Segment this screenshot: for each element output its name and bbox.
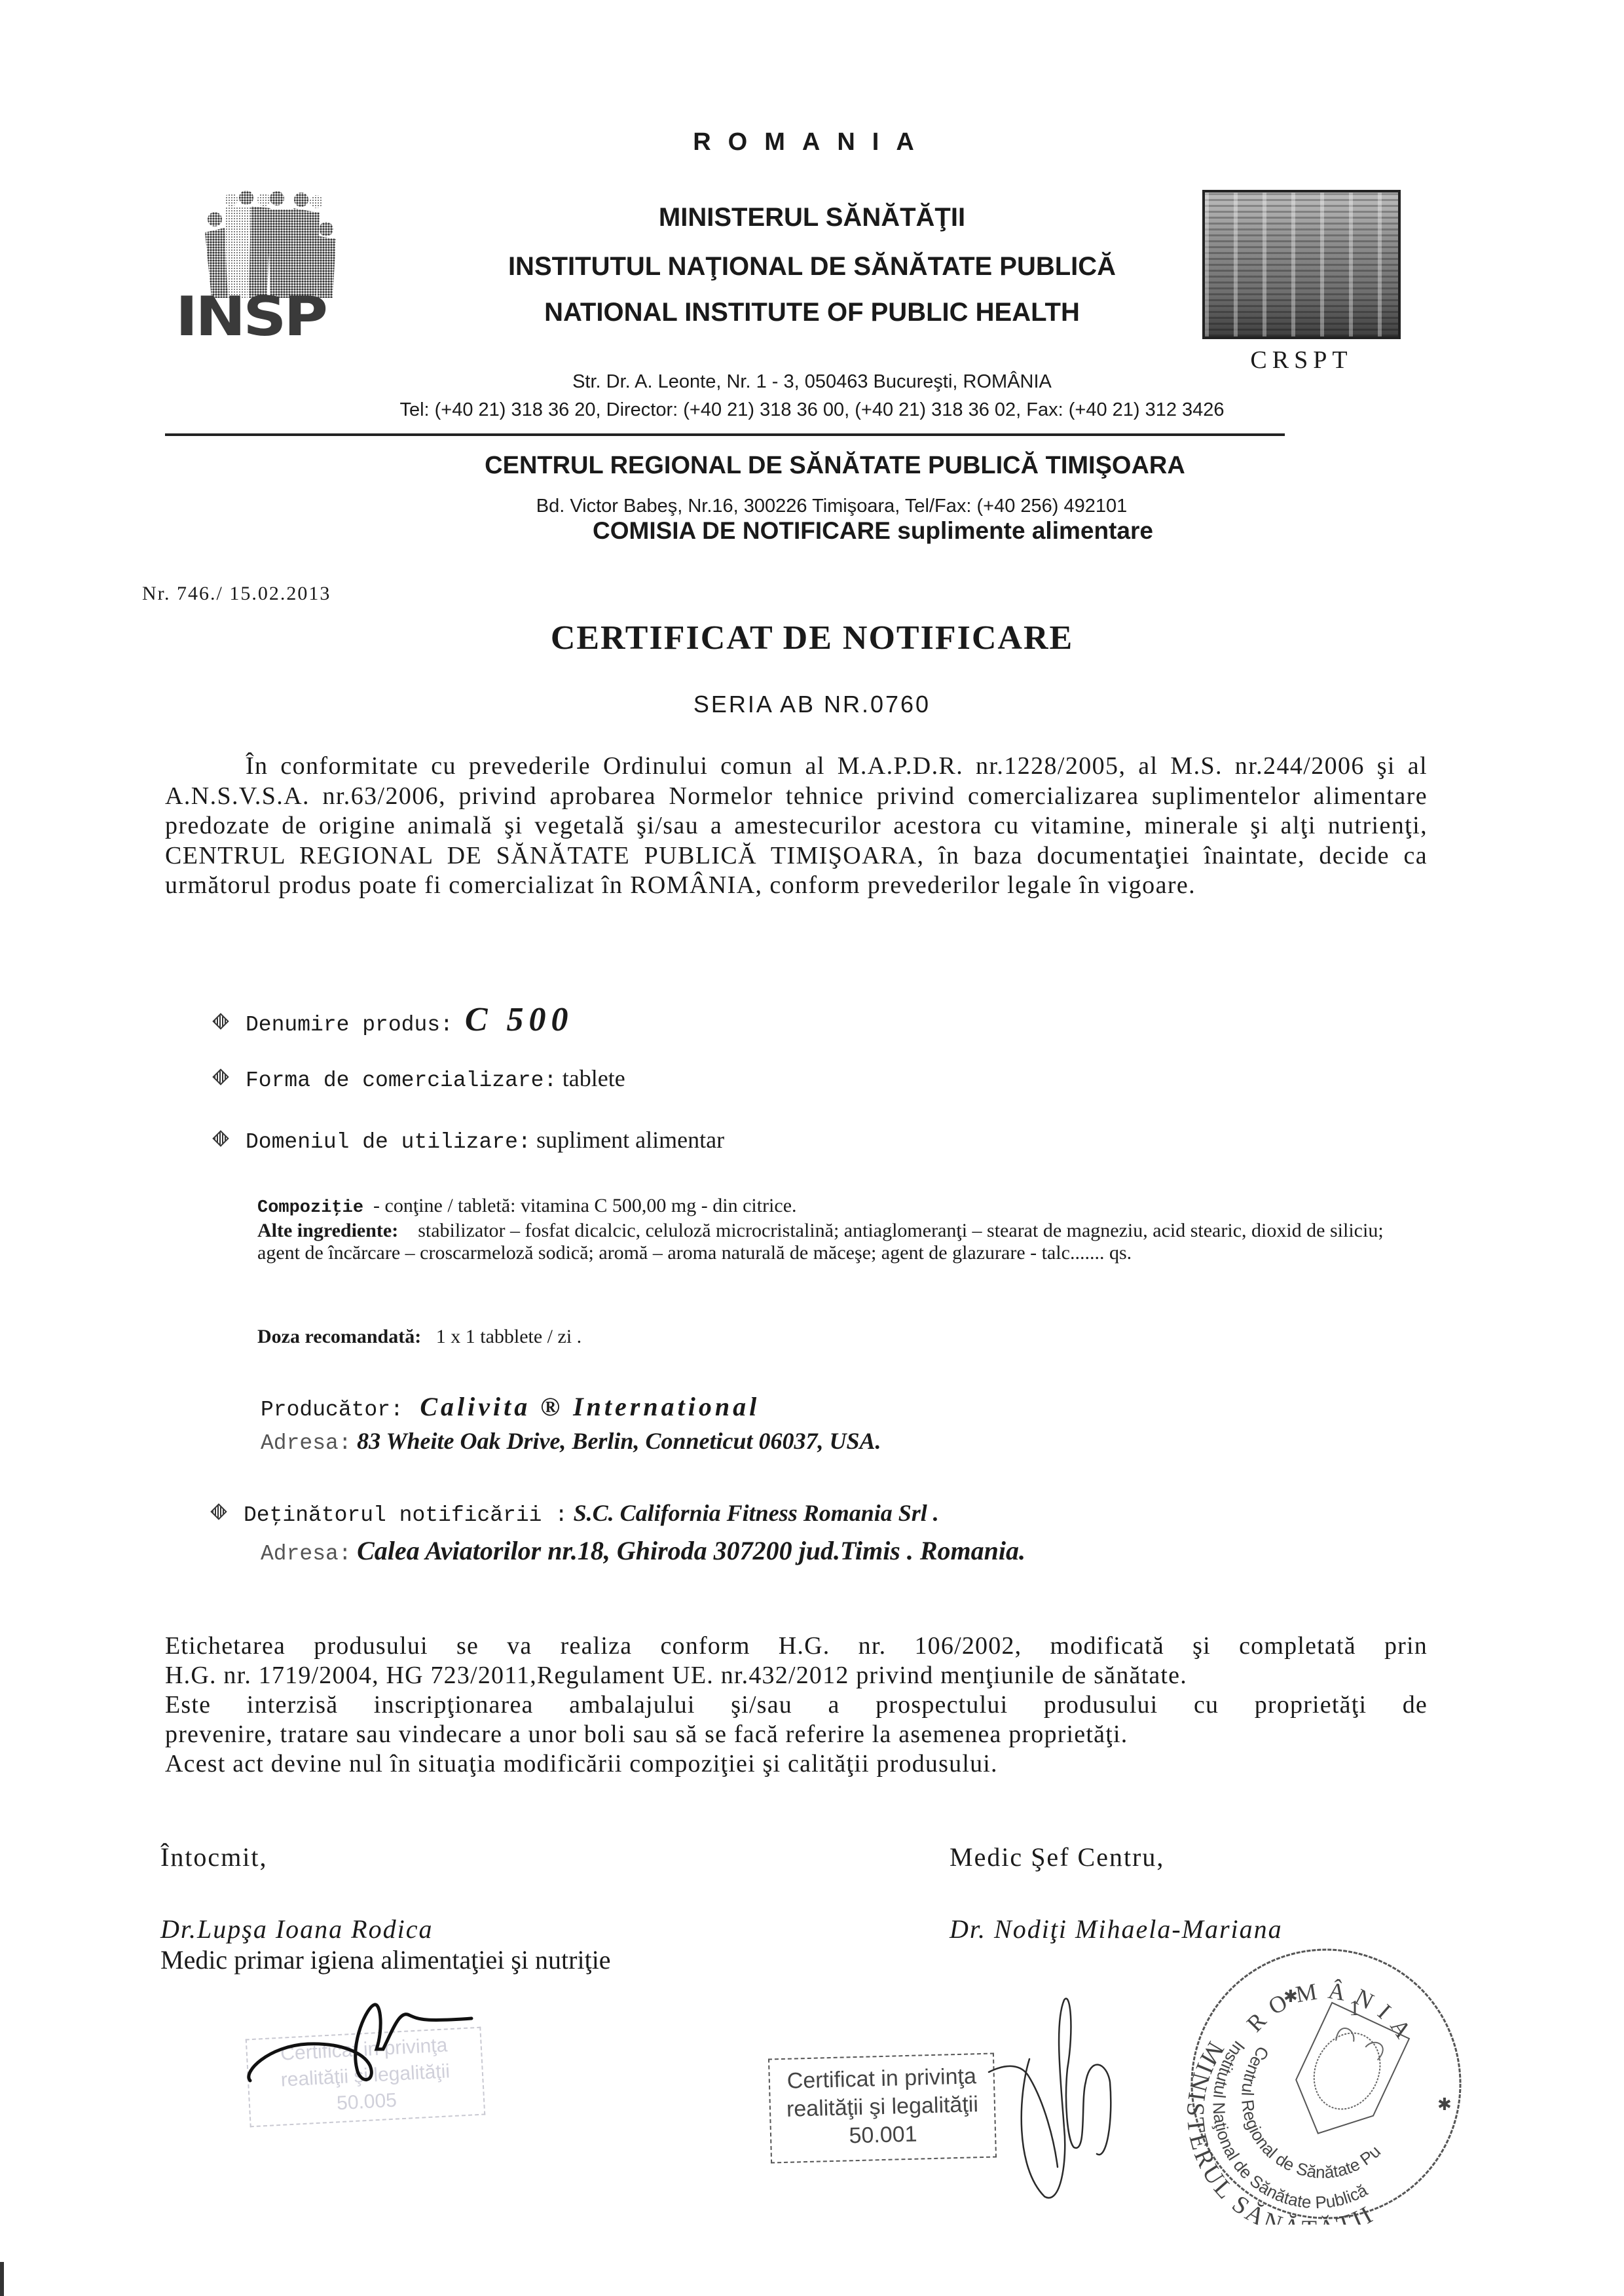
signature-left-icon — [229, 1990, 491, 2134]
product-name-value: C 500 — [465, 1001, 574, 1038]
composition-block: Compoziţie - conţine / tabletă: vitamina… — [257, 1195, 1430, 1265]
commission-name: COMISIA DE NOTIFICARE suplimente aliment… — [593, 517, 1153, 545]
svg-text:✱: ✱ — [1437, 2095, 1452, 2114]
holder-address-row: Adresa: Calea Aviatorilor nr.18, Ghiroda… — [261, 1535, 1025, 1566]
header-divider — [165, 433, 1285, 436]
stamp-number: 1 — [1349, 1996, 1360, 2020]
other-ingredients-value: stabilizator – fosfat dicalcic, celuloză… — [257, 1220, 1384, 1264]
composition-line: Compoziţie - conţine / tabletă: vitamina… — [257, 1195, 1430, 1220]
institute-contacts: Tel: (+40 21) 318 36 20, Director: (+40 … — [0, 399, 1624, 421]
legal-notice: Etichetarea produsului se va realiza con… — [165, 1631, 1428, 1779]
stamp-line: 50.001 — [771, 2119, 995, 2153]
dose-value: 1 x 1 tabblete / zi . — [436, 1326, 581, 1347]
holder-name: S.C. California Fitness Romania Srl . — [574, 1500, 939, 1526]
diamond-bullet-icon — [213, 1131, 227, 1145]
producer-address: 83 Wheite Oak Drive, Berlin, Conneticut … — [357, 1428, 881, 1454]
country-heading: ROMANIA — [0, 128, 1624, 156]
product-use-value: supliment alimentar — [536, 1127, 724, 1153]
document-title: CERTIFICAT DE NOTIFICARE — [0, 619, 1624, 657]
intro-paragraph: În conformitate cu prevederile Ordinului… — [165, 752, 1428, 901]
chief-name: Dr. Nodiţi Mihaela-Mariana — [950, 1914, 1283, 1944]
holder-address: Calea Aviatorilor nr.18, Ghiroda 307200 … — [357, 1536, 1025, 1565]
building-caption: CRSPT — [1202, 346, 1401, 374]
product-form-label: Forma de comercializare: — [246, 1068, 557, 1093]
diamond-bullet-icon — [211, 1504, 225, 1518]
composition-label: Compoziţie — [257, 1198, 363, 1218]
holder-label: Deţinătorul notificării : — [244, 1503, 568, 1527]
legal-line: Etichetarea produsului se va realiza con… — [165, 1631, 1428, 1661]
composition-value: - conţine / tabletă: vitamina C 500,00 m… — [373, 1195, 797, 1216]
legal-line: H.G. nr. 1719/2004, HG 723/2011,Regulame… — [165, 1661, 1428, 1690]
product-use-label: Domeniul de utilizare: — [246, 1130, 531, 1154]
stamp-line: realităţii şi legalităţii — [770, 2090, 994, 2124]
chief-label: Medic Şef Centru, — [950, 1842, 1164, 1872]
stamp-country-text: ROMÂNIA — [1242, 1977, 1422, 2050]
producer-address-label: Adresa: — [261, 1431, 352, 1455]
svg-text:✱: ✱ — [1283, 1987, 1298, 2006]
regional-centre-address: Bd. Victor Babeş, Nr.16, 300226 Timişoar… — [0, 496, 1624, 517]
recommended-dose: Doza recomandată: 1 x 1 tabblete / zi . — [257, 1326, 581, 1348]
document-number: Nr. 746./ 15.02.2013 — [142, 583, 331, 605]
other-ingredients-label: Alte ingrediente: — [257, 1220, 398, 1241]
legal-line: Este interzisă inscripţionarea ambalajul… — [165, 1690, 1428, 1720]
product-name-row: Denumire produs:C 500 — [213, 1000, 574, 1039]
prepared-by-title: Medic primar igiena alimentaţiei şi nutr… — [160, 1944, 611, 1975]
product-form-value: tablete — [563, 1065, 625, 1091]
building-photo — [1202, 190, 1401, 339]
institute-address: Str. Dr. A. Leonte, Nr. 1 - 3, 050463 Bu… — [0, 371, 1624, 393]
product-use-row: Domeniul de utilizare: supliment aliment… — [213, 1126, 724, 1154]
producer-row: Producător: Calivita ® International — [261, 1391, 760, 1422]
document-series: SERIA AB NR.0760 — [0, 691, 1624, 718]
prepared-by-name: Dr.Lupşa Ioana Rodica — [160, 1914, 433, 1944]
diamond-bullet-icon — [213, 1069, 227, 1084]
scan-edge-mark — [0, 2262, 4, 2296]
legal-line: prevenire, tratare sau vindecare a unor … — [165, 1720, 1428, 1749]
diamond-bullet-icon — [213, 1013, 227, 1028]
producer-label: Producător: — [261, 1398, 403, 1422]
holder-row: Deţinătorul notificării : S.C. Californi… — [211, 1499, 939, 1527]
legal-line: Acest act devine nul în situaţia modific… — [165, 1749, 1428, 1779]
product-form-row: Forma de comercializare: tablete — [213, 1065, 625, 1093]
other-ingredients: Alte ingrediente: stabilizator – fosfat … — [257, 1220, 1430, 1265]
svg-text:ROMÂNIA: ROMÂNIA — [1242, 1977, 1422, 2050]
commission-name-bold: COMISIA DE NOTIFICARE — [593, 517, 891, 544]
commission-name-rest: suplimente alimentare — [897, 517, 1153, 544]
prepared-by-label: Întocmit, — [160, 1842, 268, 1872]
certification-stamp: Certificat in privinţa realităţii şi leg… — [768, 2053, 997, 2164]
regional-centre-name: CENTRUL REGIONAL DE SĂNĂTATE PUBLICĂ TIM… — [0, 452, 1624, 480]
signature-right-icon — [982, 1971, 1179, 2206]
official-round-stamp-icon: ROMÂNIA Centrul Regional de Sănătate Pub… — [1185, 1943, 1467, 2225]
holder-address-label: Adresa: — [261, 1542, 352, 1566]
dose-label: Doza recomandată: — [257, 1326, 421, 1347]
product-name-label: Denumire produs: — [246, 1013, 453, 1037]
producer-address-row: Adresa: 83 Wheite Oak Drive, Berlin, Con… — [261, 1427, 881, 1455]
producer-name: Calivita ® International — [420, 1392, 760, 1421]
